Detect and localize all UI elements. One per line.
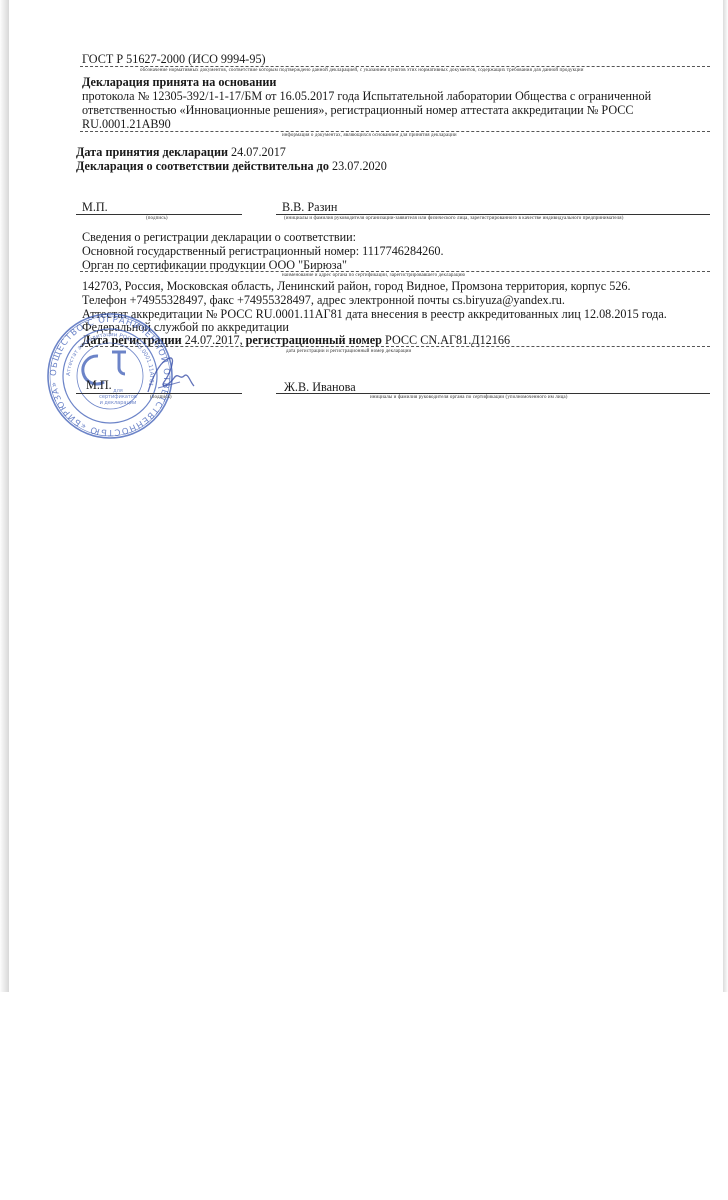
acceptance-date-value: 24.07.2017: [231, 145, 286, 159]
certifier-name-caption: инициалы и фамилия руководителя органа п…: [370, 395, 568, 401]
basis-line-1: протокола № 12305-392/1-1-17/БМ от 16.05…: [82, 89, 651, 104]
basis-heading: Декларация принята на основании: [82, 75, 276, 90]
reg-number-value: РОСС CN.АГ81.Д12166: [385, 333, 510, 347]
certifier-seal-label: М.П.: [86, 378, 112, 393]
divider: [80, 131, 710, 132]
signature-line: [76, 393, 242, 394]
signature-line: [76, 214, 242, 215]
registration-line-1: Сведения о регистрации декларации о соот…: [82, 230, 356, 245]
basis-line-3: RU.0001.21АВ90: [82, 117, 171, 132]
address-line-2: Телефон +74955328497, факс +74955328497,…: [82, 293, 565, 308]
divider: [80, 346, 710, 347]
reg-date-value: 24.07.2017,: [185, 333, 243, 347]
address-line-1: 142703, Россия, Московская область, Лени…: [82, 279, 631, 294]
name-line: [276, 214, 710, 215]
basis-line-2: ответственностью «Инновационные решения»…: [82, 103, 634, 118]
page-edge-right: [723, 0, 728, 992]
divider: [80, 66, 710, 67]
certifier-signature-caption: (подпись): [150, 395, 172, 401]
valid-until-row: Декларация о соответствии действительна …: [76, 159, 387, 174]
acceptance-date-row: Дата принятия декларации 24.07.2017: [76, 145, 286, 160]
reg-caption: дата регистрации и регистрационный номер…: [286, 349, 411, 355]
basis-caption: информация о документах, являющихся осно…: [282, 133, 457, 139]
standard-caption: обозначение нормативных документов, соот…: [140, 68, 583, 74]
standard-reference: ГОСТ Р 51627-2000 (ИСО 9994-95): [82, 52, 266, 67]
applicant-signature-caption: (подпись): [146, 216, 168, 222]
svg-text:и декларации: и декларации: [100, 400, 137, 406]
page-edge-left: [0, 0, 9, 992]
acceptance-date-label: Дата принятия декларации: [76, 145, 228, 159]
applicant-name: В.В. Разин: [282, 200, 337, 215]
registration-line-2: Основной государственный регистрационный…: [82, 244, 444, 259]
applicant-seal-label: М.П.: [82, 200, 108, 215]
valid-until-value: 23.07.2020: [332, 159, 387, 173]
divider: [80, 271, 710, 272]
name-line: [276, 393, 710, 394]
applicant-name-caption: (инициалы и фамилия руководителя организ…: [284, 216, 623, 222]
valid-until-label: Декларация о соответствии действительна …: [76, 159, 329, 173]
reg-number-label: регистрационный номер: [246, 333, 382, 347]
